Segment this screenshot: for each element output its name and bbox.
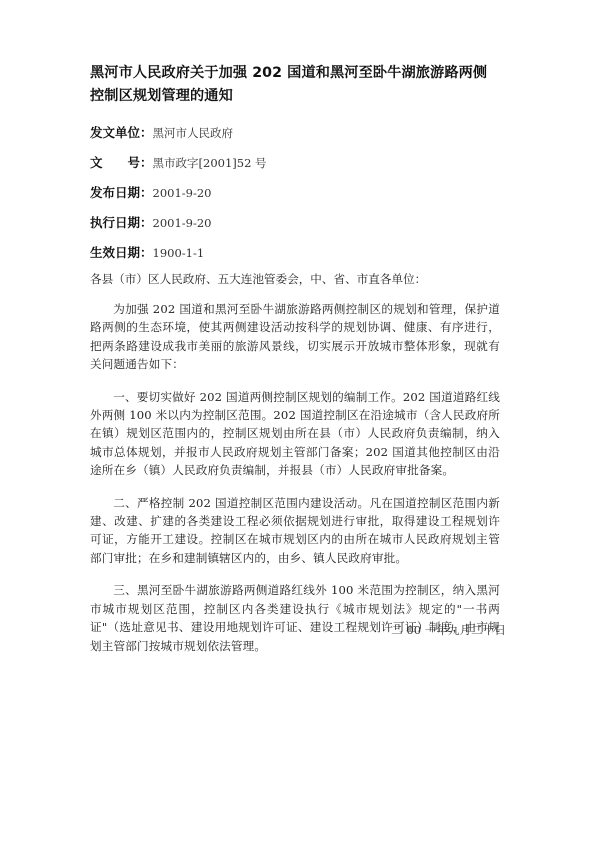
meta-issuer: 发文单位： 黑河市人民政府 — [90, 118, 500, 148]
document-page: 黑河市人民政府关于加强 202 国道和黑河至卧牛湖旅游路两侧控制区规划管理的通知… — [90, 62, 500, 655]
document-meta: 发文单位： 黑河市人民政府 文 号： 黑市政字[2001]52 号 发布日期： … — [90, 118, 500, 268]
meta-label: 执行日期： — [90, 213, 153, 233]
meta-effective-date: 生效日期： 1900-1-1 — [90, 238, 500, 268]
meta-label: 文 号： — [90, 153, 153, 173]
document-title: 黑河市人民政府关于加强 202 国道和黑河至卧牛湖旅游路两侧控制区规划管理的通知 — [90, 62, 500, 108]
meta-value: 黑河市人民政府 — [153, 123, 234, 143]
meta-doc-number: 文 号： 黑市政字[2001]52 号 — [90, 148, 500, 178]
meta-label: 生效日期： — [90, 243, 153, 263]
meta-value: 黑市政字[2001]52 号 — [153, 153, 267, 173]
meta-value: 1900-1-1 — [153, 243, 205, 263]
paragraph-item-1: 一、要切实做好 202 国道两侧控制区规划的编制工作。202 国道道路红线外两侧… — [90, 388, 500, 480]
meta-label: 发文单位： — [90, 123, 153, 143]
salutation: 各县（市）区人民政府、五大连池管委会，中、省、市直各单位： — [90, 270, 500, 288]
sign-date: 二 00 一年九月二十日 — [90, 622, 506, 638]
meta-execute-date: 执行日期： 2001-9-20 — [90, 208, 500, 238]
paragraph-item-2: 二、严格控制 202 国道控制区范围内建设活动。凡在国道控制区范围内新建、改建、… — [90, 494, 500, 568]
meta-value: 2001-9-20 — [153, 213, 212, 233]
meta-publish-date: 发布日期： 2001-9-20 — [90, 178, 500, 208]
paragraph-intro: 为加强 202 国道和黑河至卧牛湖旅游路两侧控制区的规划和管理，保护道路两侧的生… — [90, 300, 500, 374]
meta-label: 发布日期： — [90, 183, 153, 203]
meta-value: 2001-9-20 — [153, 183, 212, 203]
paragraph-item-3: 三、黑河至卧牛湖旅游路两侧道路红线外 100 米范围为控制区，纳入黑河市城市规划… — [90, 581, 500, 655]
